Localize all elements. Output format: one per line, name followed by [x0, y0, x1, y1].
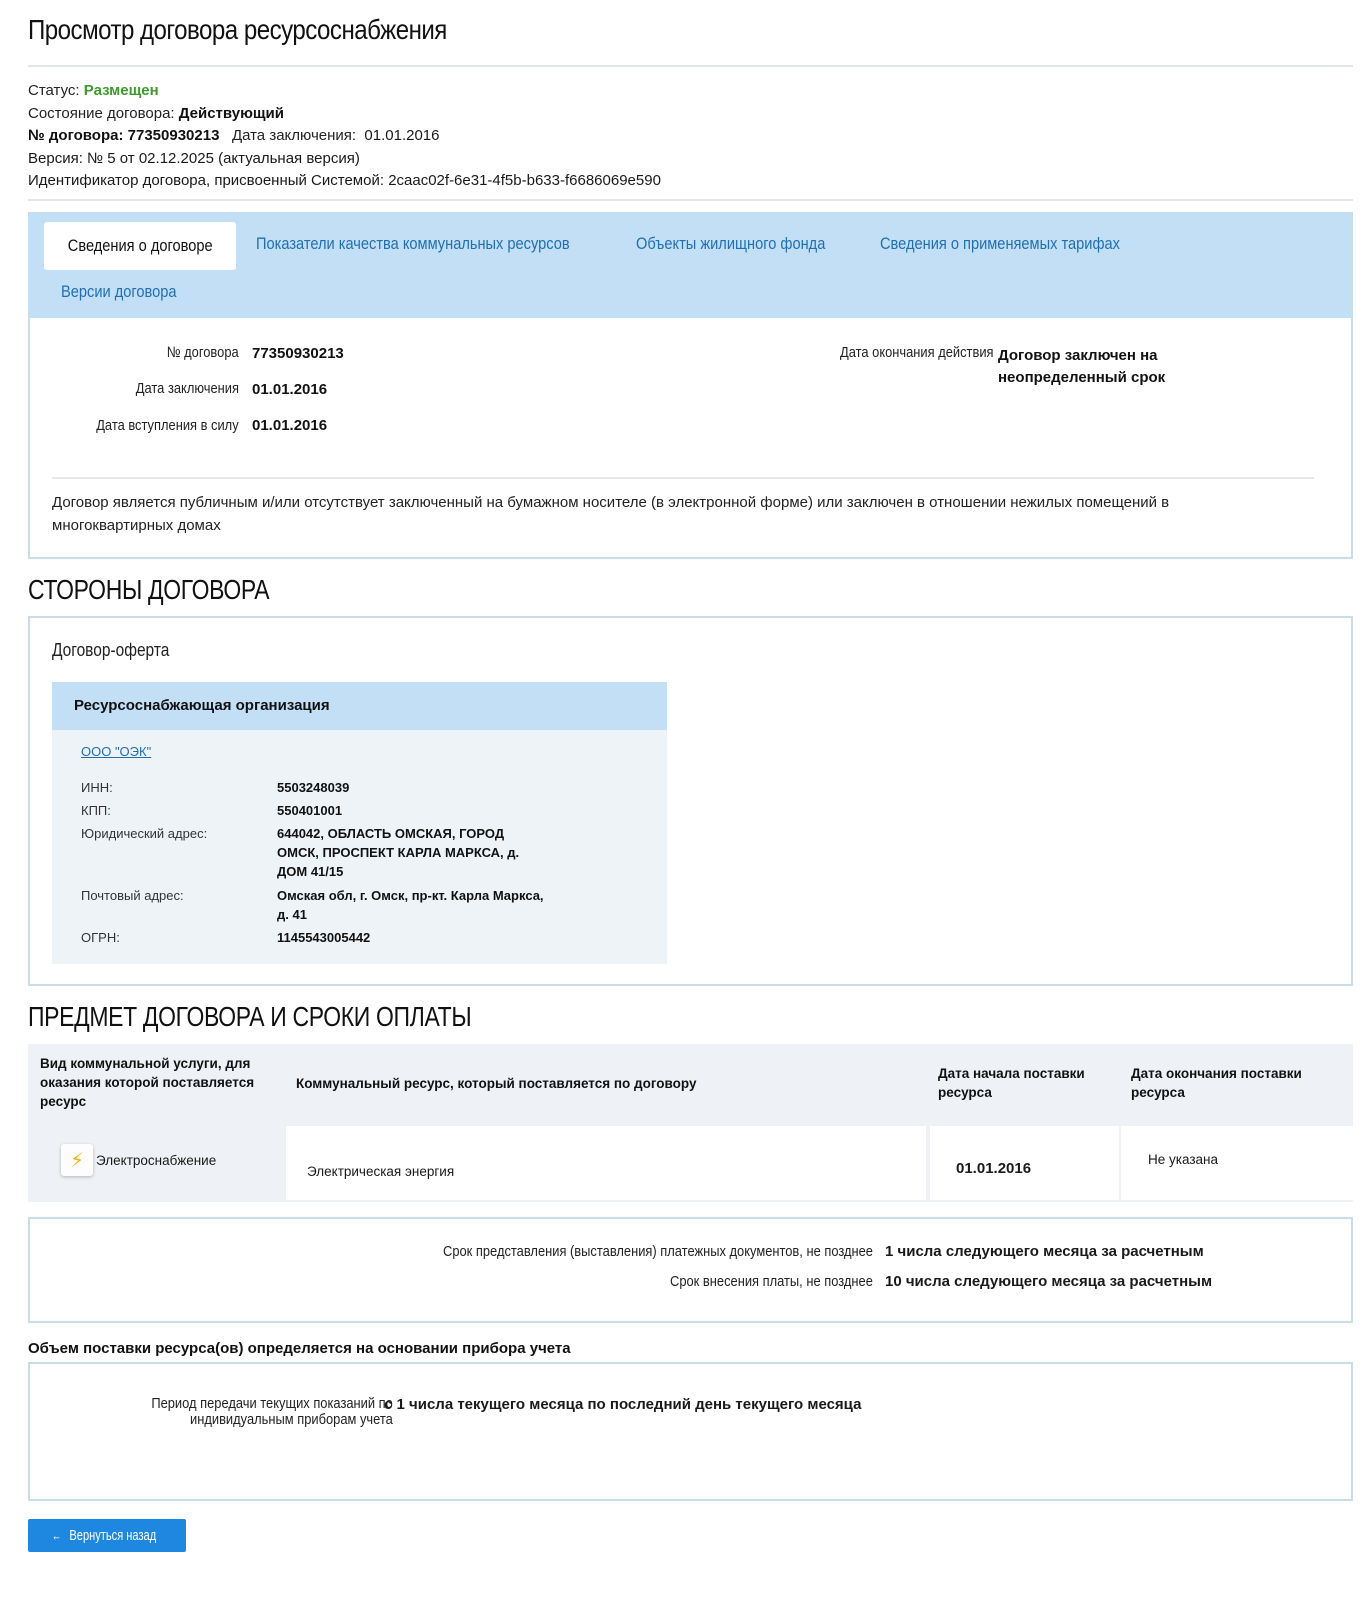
cell-service: ⚡ Электроснабжение: [28, 1126, 284, 1200]
public-contract-notice: Договор является публичным и/или отсутст…: [52, 491, 1252, 537]
cell-end-date: Не указана: [1121, 1126, 1353, 1200]
divider: [52, 477, 1314, 479]
tab-bar: Сведения о договоре Показатели качества …: [28, 212, 1353, 318]
conclusion-label: Дата заключения:: [232, 127, 356, 144]
state-label: Состояние договора:: [28, 105, 175, 122]
divider: [28, 65, 1353, 67]
tab-quality-indicators[interactable]: Показатели качества коммунальных ресурсо…: [256, 234, 621, 254]
offer-label: Договор-оферта: [52, 640, 169, 661]
tab-tariffs[interactable]: Сведения о применяемых тарифах: [880, 234, 1159, 254]
table-header: Вид коммунальной услуги, для оказания ко…: [28, 1044, 1353, 1124]
conclusion-value: 01.01.2016: [364, 127, 439, 144]
contract-info-card: Сведения о договоре Показатели качества …: [28, 212, 1353, 559]
metering-heading: Объем поставки ресурса(ов) определяется …: [28, 1340, 571, 1357]
lightning-bolt-icon: ⚡: [61, 1144, 93, 1176]
payment-terms-card: Срок представления (выставления) платежн…: [28, 1217, 1353, 1323]
parties-card: Договор-оферта Ресурсоснабжающая организ…: [28, 616, 1353, 986]
cell-start-date: 01.01.2016: [930, 1126, 1119, 1200]
resource-supplier-box: Ресурсоснабжающая организация ООО "ОЭК" …: [52, 682, 667, 964]
identifier-label: Идентификатор договора, присвоенный Сист…: [28, 172, 384, 189]
divider: [28, 199, 1353, 201]
col-resource: Коммунальный ресурс, который поставляетс…: [296, 1074, 896, 1093]
cell-resource: Электрическая энергия: [286, 1126, 926, 1200]
status-line: Статус: Размещен: [28, 80, 661, 103]
contract-meta: Статус: Размещен Состояние договора: Дей…: [28, 80, 661, 193]
parties-section-title: СТОРОНЫ ДОГОВОРА: [28, 574, 269, 606]
resource-supplier-header: Ресурсоснабжающая организация: [52, 682, 667, 730]
status-badge: Размещен: [84, 82, 159, 99]
identifier-line: Идентификатор договора, присвоенный Сист…: [28, 170, 661, 193]
table-row: ⚡ Электроснабжение Электрическая энергия…: [28, 1124, 1353, 1202]
tab-contract-info[interactable]: Сведения о договоре: [44, 222, 236, 270]
metering-card: Период передачи текущих показаний по инд…: [28, 1362, 1353, 1501]
col-service: Вид коммунальной услуги, для оказания ко…: [40, 1054, 265, 1111]
tab-housing-objects[interactable]: Объекты жилищного фонда: [636, 234, 856, 254]
col-end-date: Дата окончания поставки ресурса: [1131, 1064, 1331, 1102]
tab-versions[interactable]: Версии договора: [61, 282, 195, 302]
version-line: Версия: № 5 от 02.12.2025 (актуальная ве…: [28, 148, 661, 171]
state-value: Действующий: [179, 105, 284, 122]
period-label: Период передачи текущих показаний по инд…: [112, 1396, 393, 1428]
number-line: № договора: 77350930213 Дата заключения:…: [28, 125, 661, 148]
back-button[interactable]: ←Вернуться назад: [28, 1519, 186, 1552]
period-value: с 1 числа текущего месяца по последний д…: [384, 1396, 861, 1413]
arrow-left-icon: ←: [52, 1528, 62, 1543]
state-line: Состояние договора: Действующий: [28, 103, 661, 126]
number-label: № договора:: [28, 127, 123, 144]
identifier-value: 2caac02f-6e31-4f5b-b633-f6686069e590: [388, 172, 661, 189]
status-label: Статус:: [28, 82, 80, 99]
subject-section-title: ПРЕДМЕТ ДОГОВОРА И СРОКИ ОПЛАТЫ: [28, 1001, 471, 1033]
number-value: 77350930213: [128, 127, 220, 144]
org-name-link[interactable]: ООО "ОЭК": [81, 744, 151, 759]
page-title: Просмотр договора ресурсоснабжения: [28, 14, 447, 46]
col-start-date: Дата начала поставки ресурса: [938, 1064, 1108, 1102]
